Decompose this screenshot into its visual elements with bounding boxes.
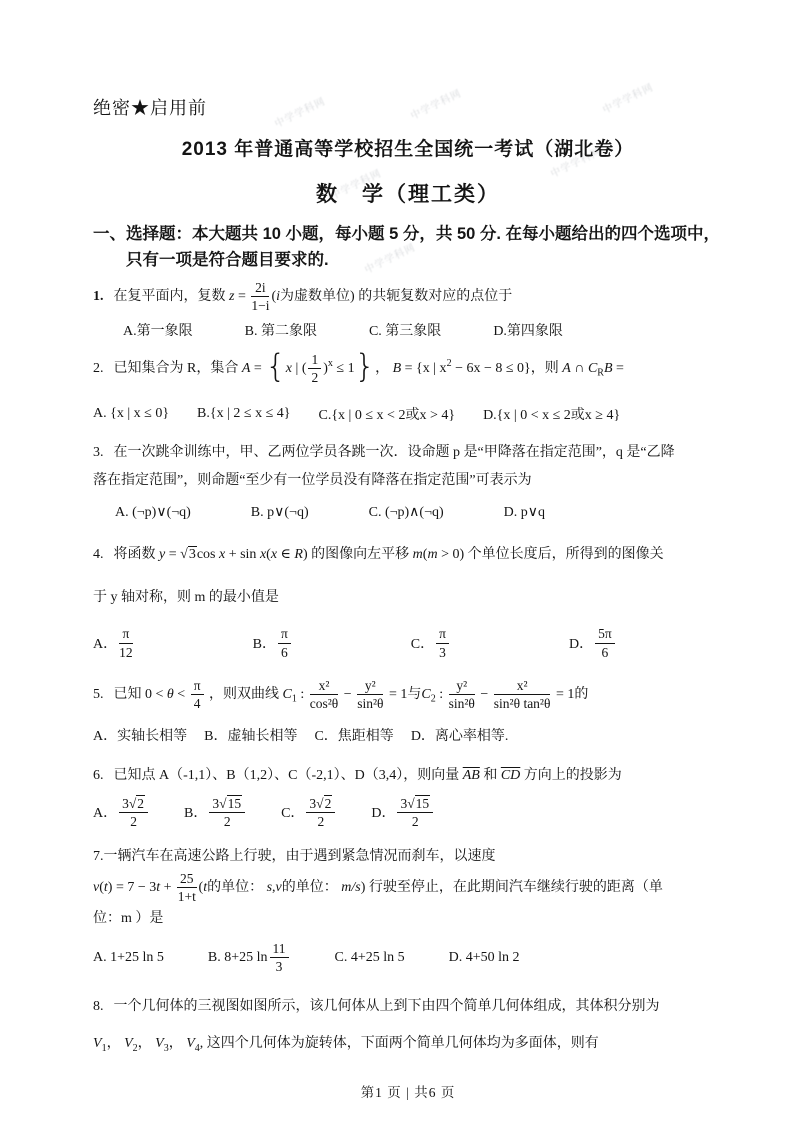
- question-3-option-d: D. p∨q: [504, 504, 545, 521]
- question-5-option-d: D．离心率相等.: [411, 725, 509, 745]
- question-2-number: 2.: [93, 357, 104, 380]
- question-4-option-b: B．π6: [253, 625, 293, 660]
- question-8-number: 8.: [93, 995, 104, 1018]
- question-4-options: A．π12 B．π6 C．π3 D．5π6: [93, 625, 723, 660]
- question-3-option-a: A. (¬p)∨(¬q): [115, 504, 191, 521]
- question-5-option-a: A．实轴长相等: [93, 725, 187, 745]
- question-7-body-line-2: v(t) = 7 − 3t + 251+t(t的单位： s,v的单位： m/s)…: [93, 870, 663, 905]
- question-7-line-1: 7. 一辆汽车在高速公路上行驶，由于遇到紧急情况而刹车，以速度: [93, 843, 723, 870]
- question-3-option-b: B. p∨(¬q): [251, 504, 309, 521]
- question-2-option-d: D.{x | 0 < x ≤ 2或x ≥ 4}: [483, 404, 620, 424]
- question-6-option-a: A．3√22: [93, 795, 150, 830]
- question-1-options: A.第一象限 B. 第二象限 C. 第三象限 D.第四象限: [123, 316, 723, 343]
- question-7-option-d: D. 4+50 ln 2: [449, 950, 520, 966]
- question-2-line-1: 2. 已知集合为 R，集合 A = {x | (12)x ≤ 1}， B = {…: [93, 351, 723, 386]
- question-3-body-line-1: 在一次跳伞训练中，甲、乙两位学员各跳一次．设命题 p 是“甲降落在指定范围”，q…: [114, 439, 675, 467]
- page-footer: 第1 页 | 共6 页: [93, 1081, 723, 1101]
- question-7-body-line-3: 位：m ）是: [93, 906, 163, 932]
- question-1: 1. 在复平面内，复数 z = 2i1−i(i为虚数单位) 的共轭复数对应的点位…: [93, 279, 723, 343]
- question-3-option-c: C. (¬p)∧(¬q): [369, 504, 444, 521]
- question-2-body: 已知集合为 R，集合 A = {x | (12)x ≤ 1}， B = {x |…: [114, 351, 624, 386]
- question-2-options: A. {x | x ≤ 0} B.{x | 2 ≤ x ≤ 4} C.{x | …: [93, 400, 723, 427]
- question-5-option-c: C．焦距相等: [314, 725, 393, 745]
- question-7-option-b: B. 8+25 ln 113: [208, 940, 291, 975]
- question-6-body: 已知点 A（-1,1）、B（1,2）、C（-2,1）、D（3,4），则向量 AB…: [114, 764, 622, 787]
- exam-title: 2013 年普通高等学校招生全国统一考试（湖北卷）: [93, 134, 723, 161]
- question-7-body-line-1: 一辆汽车在高速公路上行驶，由于遇到紧急情况而刹车，以速度: [104, 844, 496, 870]
- question-6-option-c: C．3√22: [281, 795, 337, 830]
- classification-label: 绝密★启用前: [93, 94, 723, 120]
- section-header: 一、选择题：本大题共 10 小题，每小题 5 分，共 50 分. 在每小题给出的…: [93, 221, 723, 273]
- question-5: 5. 已知 0 < θ < π4 ，则双曲线 C1 : x²cos²θ − y²…: [93, 677, 723, 749]
- exam-subtitle: 数 学（理工类）: [93, 178, 723, 208]
- question-2-option-b: B.{x | 2 ≤ x ≤ 4}: [197, 406, 290, 422]
- question-4-option-d: D．5π6: [569, 625, 617, 660]
- section-header-line-1: 一、选择题：本大题共 10 小题，每小题 5 分，共 50 分. 在每小题给出的…: [93, 221, 723, 247]
- question-1-option-b: B. 第二象限: [245, 320, 317, 340]
- question-4-option-a: A．π12: [93, 625, 135, 660]
- question-6-option-b: B．3√152: [184, 795, 247, 830]
- question-1-option-a: A.第一象限: [123, 320, 193, 340]
- question-1-number: 1.: [93, 285, 104, 308]
- question-1-option-c: C. 第三象限: [369, 320, 441, 340]
- question-3: 3. 在一次跳伞训练中，甲、乙两位学员各跳一次．设命题 p 是“甲降落在指定范围…: [93, 439, 723, 526]
- question-2-option-c: C.{x | 0 ≤ x < 2或x > 4}: [319, 404, 456, 424]
- exam-page: 中学学科网 中学学科网 中学学科网 中学学科网 中学学科网 中学学科网 绝密★启…: [0, 0, 793, 1122]
- question-3-body-line-2: 落在指定范围”，则命题“至少有一位学员没有降落在指定范围”可表示为: [93, 467, 532, 495]
- question-4-body-line-2: 于 y 轴对称，则 m 的最小值是: [93, 586, 279, 609]
- question-7-options: A. 1+25 ln 5 B. 8+25 ln 113 C. 4+25 ln 5…: [93, 940, 723, 975]
- question-1-option-d: D.第四象限: [493, 320, 563, 340]
- question-2: 2. 已知集合为 R，集合 A = {x | (12)x ≤ 1}， B = {…: [93, 351, 723, 427]
- question-1-body: 在复平面内，复数 z = 2i1−i(i为虚数单位) 的共轭复数对应的点位于: [114, 279, 513, 314]
- question-5-options: A．实轴长相等 B．虚轴长相等 C．焦距相等 D．离心率相等.: [93, 722, 723, 749]
- question-7-line-2: v(t) = 7 − 3t + 251+t(t的单位： s,v的单位： m/s)…: [93, 870, 723, 905]
- question-4-body-line-1: 将函数 y = √3cos x + sin x(x ∈ R) 的图像向左平移 m…: [114, 543, 664, 566]
- question-6: 6. 已知点 A（-1,1）、B（1,2）、C（-2,1）、D（3,4），则向量…: [93, 762, 723, 830]
- question-8-body-line-2: V1， V2， V3， V4, 这四个几何体为旋转体，下面两个简单几何体均为多面…: [93, 1032, 599, 1055]
- question-7: 7. 一辆汽车在高速公路上行驶，由于遇到紧急情况而刹车，以速度 v(t) = 7…: [93, 843, 723, 975]
- question-5-number: 5.: [93, 683, 104, 706]
- question-7-number: 7.: [93, 844, 104, 870]
- question-8: 8. 一个几何体的三视图如图所示，该几何体从上到下由四个简单几何体组成，其体积分…: [93, 993, 723, 1057]
- question-7-option-a: A. 1+25 ln 5: [93, 950, 164, 966]
- page-content: 绝密★启用前 2013 年普通高等学校招生全国统一考试（湖北卷） 数 学（理工类…: [0, 0, 793, 1101]
- question-4: 4. 将函数 y = √3cos x + sin x(x ∈ R) 的图像向左平…: [93, 541, 723, 660]
- question-5-body: 已知 0 < θ < π4 ，则双曲线 C1 : x²cos²θ − y²sin…: [114, 677, 589, 712]
- question-7-option-c: C. 4+25 ln 5: [335, 950, 405, 966]
- question-3-options: A. (¬p)∨(¬q) B. p∨(¬q) C. (¬p)∧(¬q) D. p…: [115, 499, 723, 526]
- question-6-options: A．3√22 B．3√152 C．3√22 D．3√152: [93, 795, 723, 830]
- question-2-option-a: A. {x | x ≤ 0}: [93, 406, 169, 422]
- question-4-line-2: 于 y 轴对称，则 m 的最小值是: [93, 584, 723, 611]
- question-8-body-line-1: 一个几何体的三视图如图所示，该几何体从上到下由四个简单几何体组成，其体积分别为: [114, 995, 660, 1018]
- question-4-line-1: 4. 将函数 y = √3cos x + sin x(x ∈ R) 的图像向左平…: [93, 541, 723, 568]
- question-5-option-b: B．虚轴长相等: [204, 725, 297, 745]
- question-5-line-1: 5. 已知 0 < θ < π4 ，则双曲线 C1 : x²cos²θ − y²…: [93, 677, 723, 712]
- question-6-number: 6.: [93, 764, 104, 787]
- question-3-line-1: 3. 在一次跳伞训练中，甲、乙两位学员各跳一次．设命题 p 是“甲降落在指定范围…: [93, 439, 723, 467]
- question-6-line-1: 6. 已知点 A（-1,1）、B（1,2）、C（-2,1）、D（3,4），则向量…: [93, 762, 723, 789]
- question-1-line-1: 1. 在复平面内，复数 z = 2i1−i(i为虚数单位) 的共轭复数对应的点位…: [93, 279, 723, 314]
- section-header-line-2: 只有一项是符合题目要求的.: [93, 247, 723, 273]
- question-8-line-1: 8. 一个几何体的三视图如图所示，该几何体从上到下由四个简单几何体组成，其体积分…: [93, 993, 723, 1020]
- question-4-option-c: C．π3: [411, 625, 451, 660]
- question-6-option-d: D．3√152: [371, 795, 435, 830]
- question-3-line-2: 落在指定范围”，则命题“至少有一位学员没有降落在指定范围”可表示为: [93, 467, 723, 495]
- question-8-line-2: V1， V2， V3， V4, 这四个几何体为旋转体，下面两个简单几何体均为多面…: [93, 1030, 723, 1057]
- question-3-number: 3.: [93, 439, 104, 467]
- question-4-number: 4.: [93, 543, 104, 566]
- question-7-line-3: 位：m ）是: [93, 905, 723, 932]
